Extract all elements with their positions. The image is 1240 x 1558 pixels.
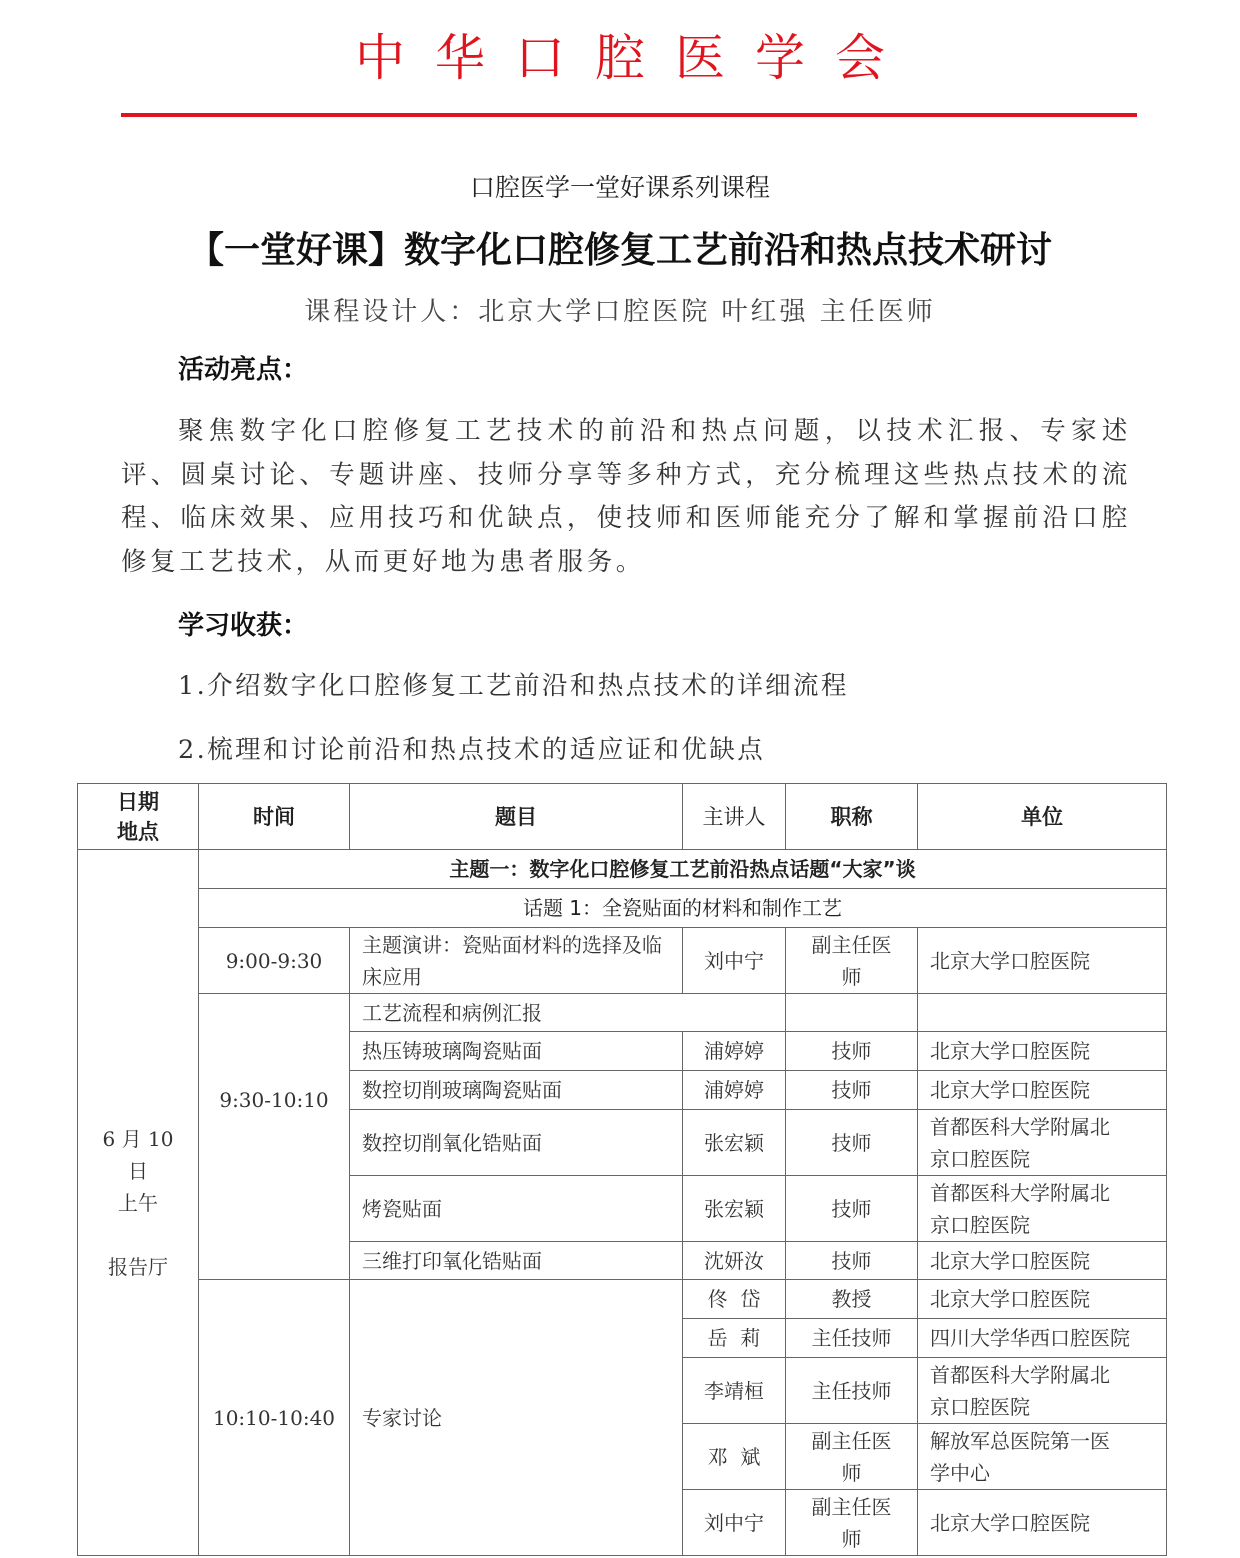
theme-title: 主题一：数字化口腔修复工艺前沿热点话题“大家”谈 [199,850,1167,889]
highlights-body: 聚焦数字化口腔修复工艺技术的前沿和热点问题，以技术汇报、专家述评、圆桌讨论、专题… [121,410,1131,584]
highlights-heading: 活动亮点： [178,352,308,388]
topic-cell: 主题演讲：瓷贴面材料的选择及临床应用 [350,928,683,994]
course-designer: 课程设计人：北京大学口腔医院 叶红强 主任医师 [0,293,1240,331]
header-topic: 题目 [350,784,683,850]
title-cell: 技师 [786,1032,918,1071]
title-cell: 主任技师 [786,1319,918,1358]
title-cell: 副主任医师 [786,928,918,994]
title-cell: 副主任医师 [786,1424,918,1490]
speaker-cell: 刘中宁 [683,928,786,994]
theme-row: 6 月 10 日 上午 报告厅 主题一：数字化口腔修复工艺前沿热点话题“大家”谈 [78,850,1167,889]
time-cell: 9:30-10:10 [199,994,350,1280]
topic-cell: 工艺流程和病例汇报 [350,994,786,1032]
title-cell: 教授 [786,1280,918,1319]
unit-cell: 首都医科大学附属北京口腔医院 [918,1176,1167,1242]
subtopic-title: 话题 1：全瓷贴面的材料和制作工艺 [199,889,1167,928]
topic-cell: 三维打印氧化锆贴面 [350,1242,683,1280]
header-venue: 地点 [90,817,186,847]
unit-cell: 首都医科大学附属北京口腔医院 [918,1110,1167,1176]
course-series: 口腔医学一堂好课系列课程 [0,170,1240,206]
topic-cell: 数控切削玻璃陶瓷贴面 [350,1071,683,1110]
unit-cell: 北京大学口腔医院 [918,928,1167,994]
speaker-cell: 岳 莉 [683,1319,786,1358]
table-row: 9:30-10:10 工艺流程和病例汇报 [78,994,1167,1032]
unit-cell: 北京大学口腔医院 [918,1242,1167,1280]
speaker-cell: 刘中宁 [683,1490,786,1556]
header-speaker: 主讲人 [683,784,786,850]
title-cell: 副主任医师 [786,1490,918,1556]
organization-title: 中华口腔医学会 [0,18,1240,98]
topic-cell: 数控切削氧化锆贴面 [350,1110,683,1176]
unit-cell: 首都医科大学附属北京口腔医院 [918,1358,1167,1424]
unit-cell: 四川大学华西口腔医院 [918,1319,1167,1358]
venue: 报告厅 [90,1251,186,1283]
table-header-row: 日期 地点 时间 题目 主讲人 职称 单位 [78,784,1167,850]
speaker-cell: 浦婷婷 [683,1032,786,1071]
speaker-cell: 邓 斌 [683,1424,786,1490]
schedule-table: 日期 地点 时间 题目 主讲人 职称 单位 6 月 10 日 上午 报告厅 主题… [77,783,1167,1556]
topic-cell: 专家讨论 [350,1280,683,1556]
title-cell: 主任技师 [786,1358,918,1424]
date-session: 上午 [90,1187,186,1219]
course-title: 【一堂好课】数字化口腔修复工艺前沿和热点技术研讨 [0,226,1240,276]
table-row: 10:10-10:40 专家讨论 佟 岱 教授 北京大学口腔医院 [78,1280,1167,1319]
time-cell: 10:10-10:40 [199,1280,350,1556]
title-cell: 技师 [786,1242,918,1280]
table-row: 9:00-9:30 主题演讲：瓷贴面材料的选择及临床应用 刘中宁 副主任医师 北… [78,928,1167,994]
title-cell: 技师 [786,1110,918,1176]
speaker-cell: 佟 岱 [683,1280,786,1319]
gain-item: 2.梳理和讨论前沿和热点技术的适应证和优缺点 [178,732,765,768]
topic-cell: 热压铸玻璃陶瓷贴面 [350,1032,683,1071]
topic-cell: 烤瓷贴面 [350,1176,683,1242]
header-date-venue: 日期 地点 [78,784,199,850]
speaker-cell: 张宏颖 [683,1110,786,1176]
unit-cell [918,994,1167,1032]
date-day: 6 月 10 日 [90,1123,186,1187]
gains-heading: 学习收获： [178,608,308,644]
header-unit: 单位 [918,784,1167,850]
subtopic-row: 话题 1：全瓷贴面的材料和制作工艺 [78,889,1167,928]
unit-cell: 北京大学口腔医院 [918,1032,1167,1071]
unit-cell: 北京大学口腔医院 [918,1071,1167,1110]
date-venue-cell: 6 月 10 日 上午 报告厅 [78,850,199,1556]
unit-cell: 解放军总医院第一医学中心 [918,1424,1167,1490]
gain-item: 1.介绍数字化口腔修复工艺前沿和热点技术的详细流程 [178,668,849,704]
speaker-cell: 李靖桓 [683,1358,786,1424]
speaker-cell: 张宏颖 [683,1176,786,1242]
header-time: 时间 [199,784,350,850]
header-date: 日期 [90,787,186,817]
speaker-cell: 浦婷婷 [683,1071,786,1110]
header-title: 职称 [786,784,918,850]
time-cell: 9:00-9:30 [199,928,350,994]
unit-cell: 北京大学口腔医院 [918,1280,1167,1319]
title-cell [786,994,918,1032]
title-cell: 技师 [786,1176,918,1242]
title-cell: 技师 [786,1071,918,1110]
speaker-cell: 沈妍汝 [683,1242,786,1280]
unit-cell: 北京大学口腔医院 [918,1490,1167,1556]
header-divider [121,113,1137,117]
